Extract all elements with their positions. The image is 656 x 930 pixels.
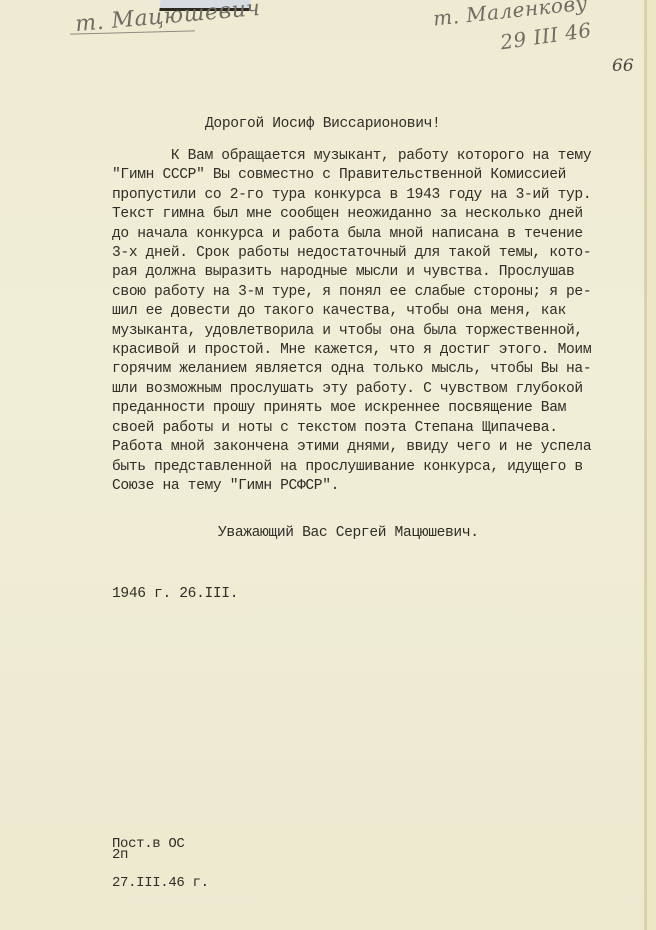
letter-body-line: музыканта, удовлетворила и чтобы она был… <box>112 322 591 341</box>
letter-body-line: К Вам обращается музыкант, работу которо… <box>112 147 591 166</box>
letter-body-line: Союзе на тему "Гимн РСФСР". <box>112 477 591 496</box>
letter-body-line: Работа мной закончена этими днями, ввиду… <box>112 438 591 457</box>
letter-body-line: шли возможным прослушать эту работу. С ч… <box>112 380 591 399</box>
letter-closing-signature: Уважающий Вас Сергей Мацюшевич. <box>218 525 479 541</box>
document-page: т. Мацюшевич т. Маленкову 29 III 46 66 Д… <box>0 0 646 930</box>
letter-body: К Вам обращается музыкант, работу которо… <box>112 147 591 496</box>
letter-body-line: шил ее довести до такого качества, чтобы… <box>112 302 591 321</box>
received-line-2: 27.III.46 г. <box>112 877 209 890</box>
letter-body-line: до начала конкурса и работа была мной на… <box>112 225 591 244</box>
letter-body-line: пропустили со 2-го тура конкурса в 1943 … <box>112 186 591 205</box>
page-edge <box>646 0 656 930</box>
letter-body-line: своей работы и ноты с текстом поэта Степ… <box>112 419 591 438</box>
letter-body-line: быть представленной на прослушивание кон… <box>112 458 591 477</box>
handwritten-date: 29 III 46 <box>499 18 593 55</box>
letter-body-line: преданности прошу принять мое искреннее … <box>112 399 591 418</box>
received-stamp: Пост.в ОС 27.III.46 г. <box>112 812 209 916</box>
letter-date: 1946 г. 26.III. <box>112 586 238 602</box>
copies-count: 2п <box>112 847 128 863</box>
letter-body-line: 3-х дней. Срок работы недостаточный для … <box>112 244 591 263</box>
letter-body-line: "Гимн СССР" Вы совместно с Правительстве… <box>112 166 591 185</box>
letter-body-line: горячим желанием является одна только мы… <box>112 360 591 379</box>
letter-body-line: красивой и простой. Мне кажется, что я д… <box>112 341 591 360</box>
letter-body-line: свою работу на 3-м туре, я понял ее слаб… <box>112 283 591 302</box>
page-number: 66 <box>612 56 634 76</box>
letter-body-line: Текст гимна был мне сообщен неожиданно з… <box>112 205 591 224</box>
letter-salutation: Дорогой Иосиф Виссарионович! <box>205 116 440 132</box>
letter-body-line: рая должна выразить народные мысли и чув… <box>112 263 591 282</box>
